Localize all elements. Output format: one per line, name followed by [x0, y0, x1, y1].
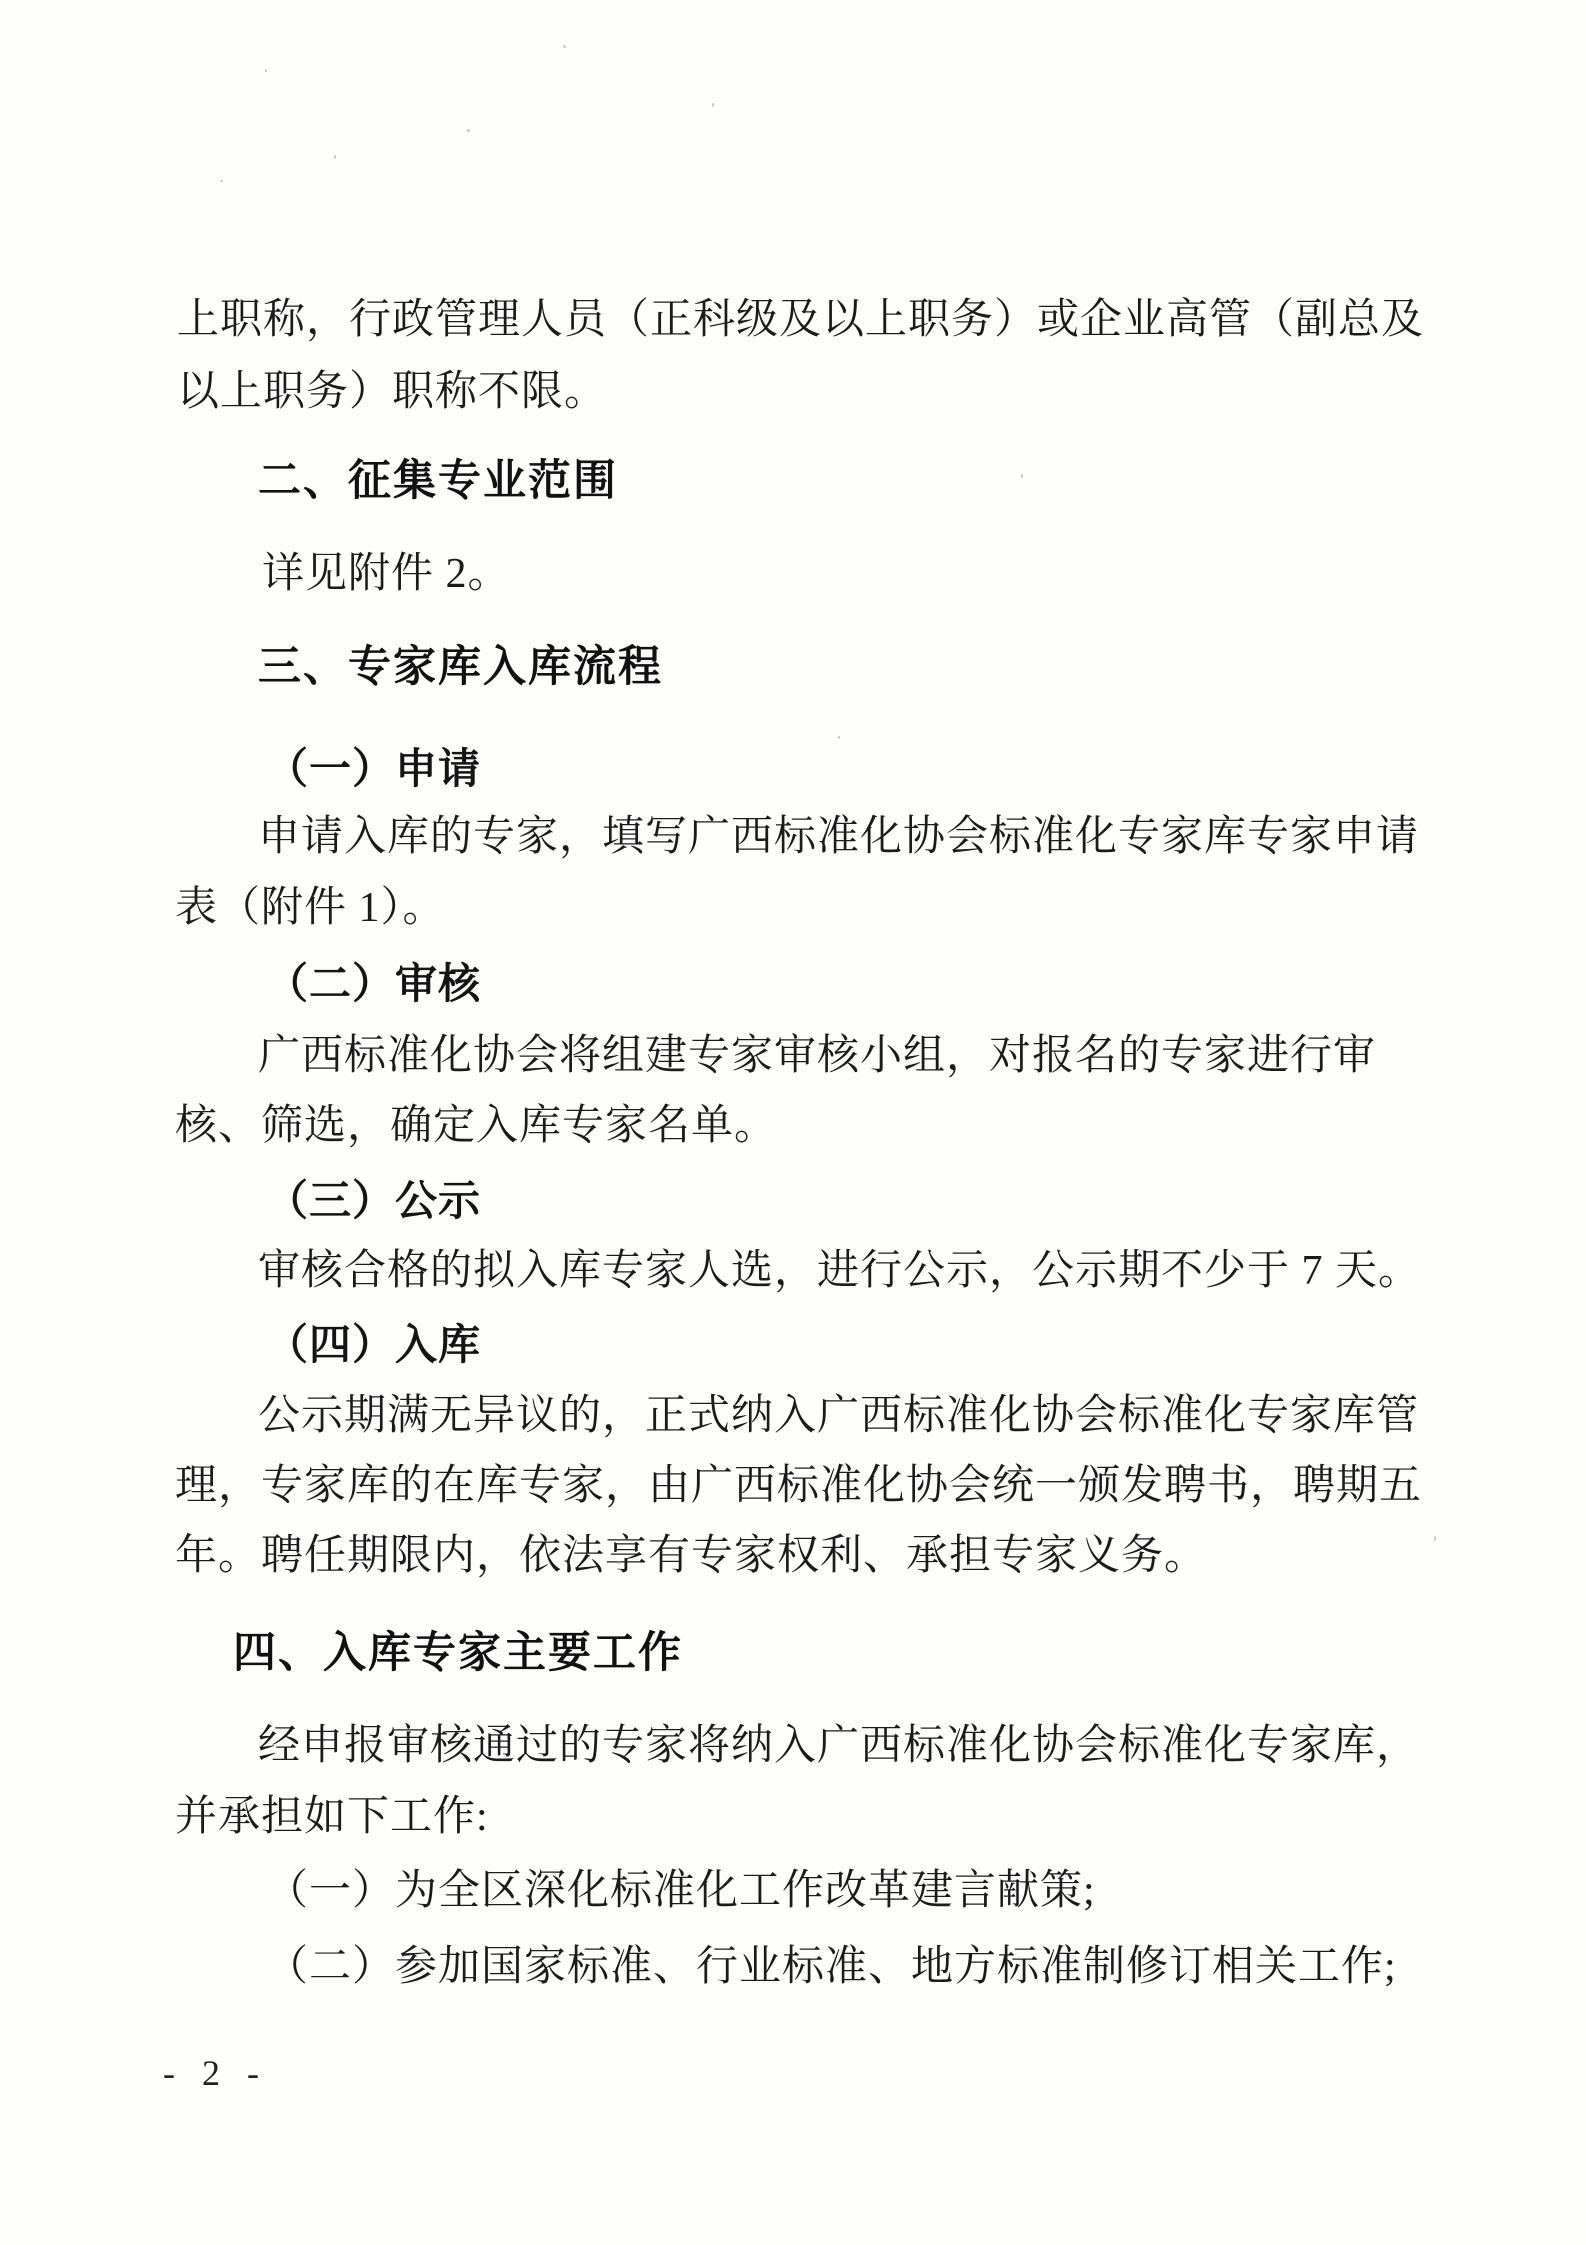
- body-line: 申请入库的专家，填写广西标准化协会标准化专家库专家申请: [258, 812, 1419, 862]
- page-number: - 2 -: [163, 2052, 268, 2094]
- body-line: 上职称，行政管理人员（正科级及以上职务）或企业高管（副总及: [177, 295, 1424, 345]
- subsection-heading: （二）审核: [266, 960, 481, 1010]
- scan-speck: [265, 69, 267, 72]
- scan-speck: [220, 180, 223, 182]
- scan-speck: [980, 1397, 982, 1399]
- scan-speck: [1021, 474, 1023, 478]
- scan-speck: [467, 129, 470, 132]
- body-line: 表（附件 1）。: [175, 883, 446, 933]
- subsection-heading: （四）入库: [266, 1321, 481, 1371]
- section-heading: 二、征集专业范围: [258, 456, 618, 506]
- body-line: 并承担如下工作:: [175, 1792, 489, 1842]
- scan-speck: [563, 45, 566, 48]
- body-line: 核、筛选，确定入库专家名单。: [175, 1101, 777, 1151]
- body-line: 理，专家库的在库专家，由广西标准化协会统一颁发聘书，聘期五: [175, 1461, 1422, 1511]
- body-line: 公示期满无异议的，正式纳入广西标准化协会标准化专家库管: [258, 1391, 1419, 1441]
- scan-speck: [838, 736, 840, 739]
- subsection-heading: （三）公示: [266, 1177, 481, 1227]
- body-line: 经申报审核通过的专家将纳入广西标准化协会标准化专家库，: [258, 1721, 1419, 1771]
- subsection-heading: （一）申请: [266, 745, 481, 795]
- document-page: 上职称，行政管理人员（正科级及以上职务）或企业高管（副总及 以上职务）职称不限。…: [0, 0, 1586, 2245]
- scan-speck: [712, 103, 714, 107]
- list-item: （一）为全区深化标准化工作改革建言献策;: [266, 1866, 1096, 1916]
- body-line: 年。聘任期限内，依法享有专家权利、承担专家义务。: [175, 1531, 1207, 1581]
- list-item: （二）参加国家标准、行业标准、地方标准制修订相关工作;: [266, 1942, 1397, 1992]
- section-heading: 四、入库专家主要工作: [233, 1628, 683, 1678]
- body-line: 详见附件 2。: [262, 549, 511, 599]
- body-line: 广西标准化协会将组建专家审核小组，对报名的专家进行审: [258, 1031, 1376, 1081]
- scan-speck: [617, 1561, 620, 1564]
- scan-speck: [1434, 1536, 1436, 1541]
- section-heading: 三、专家库入库流程: [258, 642, 663, 692]
- body-line: 以上职务）职称不限。: [177, 367, 607, 417]
- scan-speck: [334, 155, 336, 159]
- body-line: 审核合格的拟入库专家人选，进行公示，公示期不少于 7 天。: [258, 1246, 1421, 1296]
